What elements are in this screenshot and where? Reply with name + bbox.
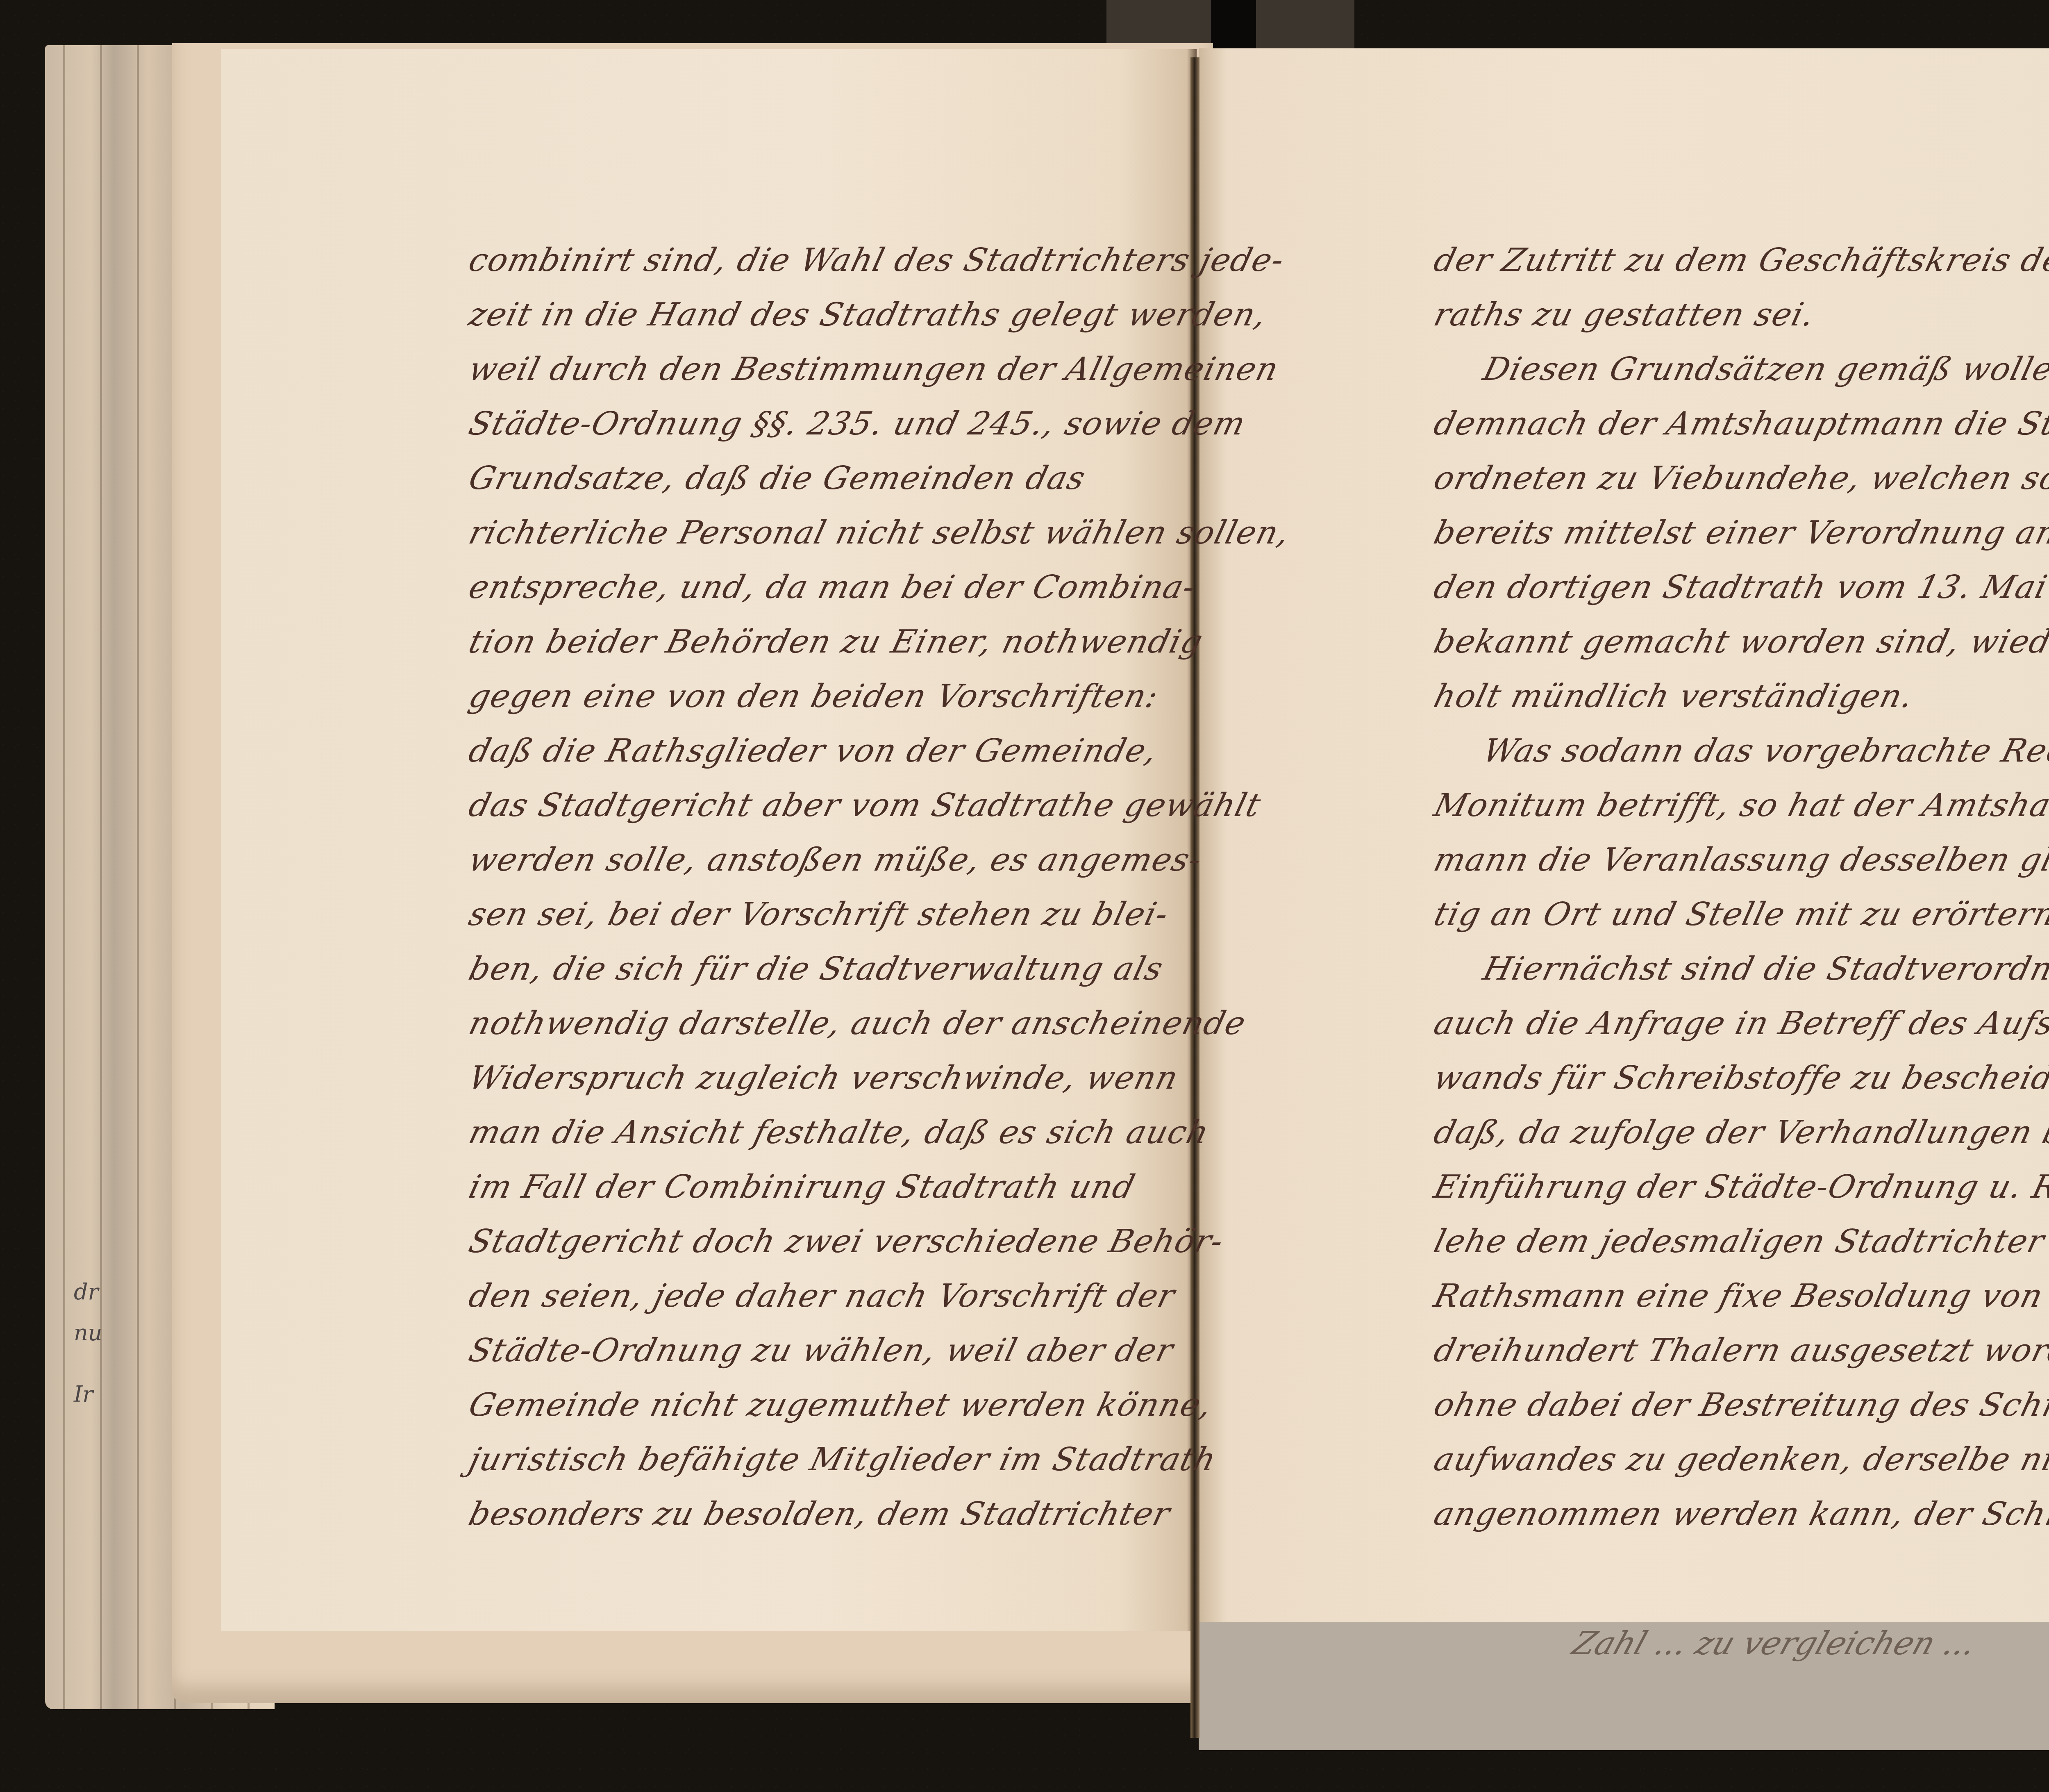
manuscript-line: werden solle, anstoßen müße, es angemes- [465, 841, 1206, 878]
manuscript-line: Diesen Grundsätzen gemäß wolle [1430, 351, 2049, 388]
manuscript-line: weil durch den Bestimmungen der Allgemei… [465, 351, 1283, 388]
manuscript-line: den dortigen Stadtrath vom 13. Mai 1839. [1430, 569, 2049, 606]
manuscript-line: demnach der Amtshauptmann die Stadtver- [1430, 405, 2049, 442]
manuscript-line: besonders zu besolden, dem Stadtrichter [465, 1496, 1174, 1533]
manuscript-line: daß, da zufolge der Verhandlungen bei [1430, 1114, 2049, 1151]
manuscript-line: tig an Ort und Stelle mit zu erörtern. [1430, 896, 2049, 933]
manuscript-line: Hiernächst sind die Stadtverordneten [1430, 951, 2049, 987]
manuscript-line: bekannt gemacht worden sind, wieder- [1430, 623, 2049, 660]
manuscript-line: Widerspruch zugleich verschwinde, wenn [465, 1060, 1182, 1096]
open-manuscript-book: 93. 95. combinirt sind, die Wahl des Sta… [0, 0, 2049, 1792]
manuscript-line: tion beider Behörden zu Einer, nothwendi… [465, 623, 1207, 660]
manuscript-line: auch die Anfrage in Betreff des Aufs- [1430, 1005, 2049, 1042]
manuscript-line: den seien, jede daher nach Vorschrift de… [465, 1278, 1179, 1314]
manuscript-line: das Stadtgericht aber vom Stadtrathe gew… [465, 787, 1265, 824]
underlying-sheet-note: Zahl ... zu vergleichen ... [1567, 1625, 1981, 1662]
manuscript-line: Rathsmann eine fixe Besoldung von [1430, 1278, 2047, 1314]
manuscript-line: ben, die sich für die Stadtverwaltung al… [465, 951, 1167, 987]
manuscript-line: wands für Schreibstoffe zu bescheiden, [1430, 1060, 2049, 1096]
manuscript-line: man die Ansicht festhalte, daß es sich a… [465, 1114, 1213, 1151]
manuscript-line: ohne dabei der Bestreitung des Schreib- [1430, 1387, 2049, 1424]
manuscript-line: Monitum betrifft, so hat der Amtshaupt- [1430, 787, 2049, 824]
manuscript-line: der Zutritt zu dem Geschäftskreis des St… [1430, 242, 2049, 279]
manuscript-line: Was sodann das vorgebrachte Rechnungs- [1430, 732, 2049, 769]
manuscript-line: bereits mittelst einer Verordnung an [1430, 514, 2049, 551]
manuscript-line: richterliche Personal nicht selbst wähle… [465, 514, 1294, 551]
manuscript-line: gegen eine von den beiden Vorschriften: [465, 678, 1163, 715]
manuscript-line: Grundsatze, daß die Gemeinden das [465, 460, 1090, 497]
manuscript-line: mann die Veranlassung desselben gleichze… [1430, 841, 2049, 878]
manuscript-line: daß die Rathsglieder von der Gemeinde, [465, 732, 1161, 769]
margin-fragment: nu [74, 1320, 102, 1346]
manuscript-line: dreihundert Thalern ausgesetzt worden is… [1430, 1332, 2049, 1369]
manuscript-line: lehe dem jedesmaligen Stadtrichter und [1430, 1223, 2049, 1260]
manuscript-line: Stadtgericht doch zwei verschiedene Behö… [465, 1223, 1228, 1260]
manuscript-line: aufwandes zu gedenken, derselbe nicht [1430, 1441, 2049, 1478]
binding-board-right [1256, 0, 1354, 49]
manuscript-line: nothwendig darstelle, auch der anscheine… [465, 1005, 1250, 1042]
manuscript-line: juristisch befähigte Mitglieder im Stadt… [465, 1441, 1220, 1478]
manuscript-line: Städte-Ordnung zu wählen, weil aber der [465, 1332, 1177, 1369]
manuscript-line: entspreche, und, da man bei der Combina- [465, 569, 1200, 606]
manuscript-line: raths zu gestatten sei. [1430, 296, 1819, 333]
right-page [1199, 48, 2049, 1622]
manuscript-line: Städte-Ordnung §§. 235. und 245., sowie … [465, 405, 1249, 442]
manuscript-line: Einführung der Städte-Ordnung u. Rech- [1430, 1169, 2049, 1205]
manuscript-line: sen sei, bei der Vorschrift stehen zu bl… [465, 896, 1172, 933]
manuscript-line: holt mündlich verständigen. [1430, 678, 1917, 715]
manuscript-line: angenommen werden kann, der Schreib- [1430, 1496, 2049, 1533]
manuscript-line: zeit in die Hand des Stadtraths gelegt w… [465, 296, 1271, 333]
manuscript-line: combinirt sind, die Wahl des Stadtrichte… [465, 242, 1288, 279]
manuscript-line: im Fall der Combinirung Stadtrath und [465, 1169, 1139, 1205]
margin-fragment: dr [74, 1279, 98, 1305]
manuscript-line: Gemeinde nicht zugemuthet werden könne, [465, 1387, 1216, 1424]
margin-fragment: Ir [74, 1381, 93, 1407]
book-spine [1211, 0, 1256, 51]
manuscript-line: ordneten zu Viebundehe, welchen solche a… [1430, 460, 2049, 497]
